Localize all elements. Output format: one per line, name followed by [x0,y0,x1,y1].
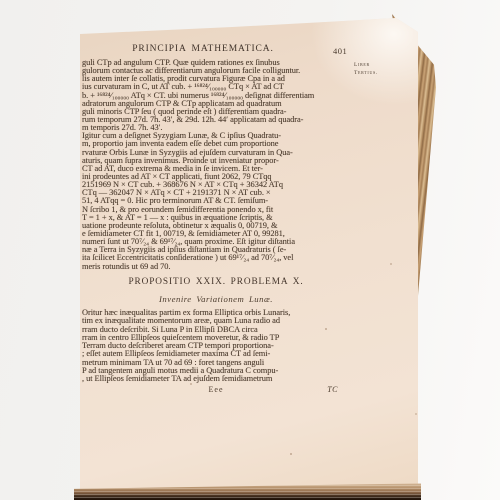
running-title: PRINCIPIA MATHEMATICA. [125,44,281,54]
page-number: 401 [333,46,347,56]
proposition-heading: PROPOSITIO XXIX. PROBLEMA X. [82,277,350,287]
book-page: PRINCIPIA MATHEMATICA. 401 Liber Tertius… [80,18,418,489]
signature-row: Eee TC [82,385,350,395]
body-paragraph-block-2: Oritur hæc inæqualitas partim ex forma E… [82,309,290,384]
proposition-subheading: Invenire Variationem Lunæ. [82,294,350,304]
foxing-specks [230,113,232,115]
signature-mark: Eee [82,385,350,394]
text-line: , ut Ellipſeos ſemidiameter TA ad ejuſde… [82,375,290,383]
margin-note-line-1: Liber [354,61,378,69]
photo-background: PRINCIPIA MATHEMATICA. 401 Liber Tertius… [0,0,500,500]
body-paragraph-block-1: guli CTp ad angulum CTP. Quæ quidem rati… [82,59,314,271]
margin-note: Liber Tertius. [354,61,378,78]
margin-note-line-2: Tertius. [354,69,378,77]
catchword: TC [327,385,338,394]
text-line: meris rotundis ut 69 ad 70. [82,263,314,271]
